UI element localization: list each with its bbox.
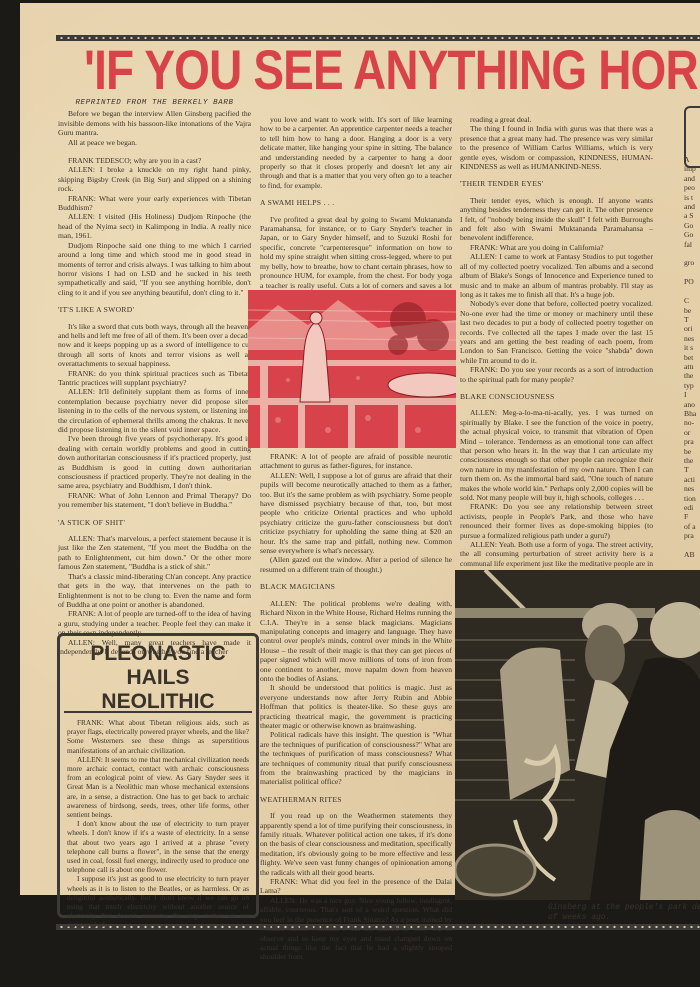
paragraph: FRANK: What were your early experiences … <box>58 194 251 213</box>
paragraph: FRANK: What did you feel in the presence… <box>260 877 452 896</box>
caption-line: Ginsberg at the people's park de <box>548 903 700 913</box>
headline: 'IF YOU SEE ANYTHING HORRIBLE <box>84 40 700 100</box>
sidebar-title: PLEONASTIC HAILS NEOLITHIC <box>64 636 252 713</box>
paragraph: FRANK: What of John Lennon and Primal Th… <box>58 491 251 510</box>
sidebar-box-pleonastic: PLEONASTIC HAILS NEOLITHIC FRANK: What a… <box>57 633 259 918</box>
right-edge-line: a S <box>684 211 700 220</box>
reprint-credit: REPRINTED FROM THE BERKELY BARB <box>58 99 251 108</box>
right-edge-line: Go <box>684 230 700 239</box>
intro-text: Before we began the interview Allen Gins… <box>58 109 251 147</box>
paragraph: It should be understood that politics is… <box>260 683 452 730</box>
paragraph: (Allen gazed out the window. After a per… <box>260 555 452 574</box>
paragraph: FRANK TEDESCO; why are you in a cast? <box>58 156 251 165</box>
right-edge-line: pra <box>684 437 700 446</box>
right-edge-line: Go <box>684 221 700 230</box>
right-edge-line: Bha <box>684 409 700 418</box>
right-edge-line: and <box>684 202 700 211</box>
right-edge-line: T <box>684 315 700 324</box>
subhead-weatherman: WEATHERMAN RITES <box>260 795 452 804</box>
right-edge-line: ori <box>684 324 700 333</box>
blake-section: ALLEN: Meg-a-lo-ma-ni-acally, yes. I was… <box>460 408 653 596</box>
right-edge-line: bet <box>684 353 700 362</box>
paragraph: FRANK: What about Tibetan religious aids… <box>67 718 249 755</box>
right-edge-line: or <box>684 428 700 437</box>
photo-ginsberg <box>455 570 700 900</box>
paragraph: I've been through five years of psychoth… <box>58 434 251 490</box>
sidebar-body: FRANK: What about Tibetan religious aids… <box>60 713 256 935</box>
right-edge-line: tion <box>684 494 700 503</box>
right-edge-line <box>684 268 700 277</box>
paragraph: ALLEN: Meg-a-lo-ma-ni-acally, yes. I was… <box>460 408 653 502</box>
swami-section: I've profited a great deal by going to S… <box>260 215 452 300</box>
right-edge-line <box>684 249 700 258</box>
paragraph: All at peace we began. <box>58 138 251 147</box>
right-edge-line: I <box>684 390 700 399</box>
paragraph: I don't know about the use of electricit… <box>67 819 249 874</box>
paragraph: If you read up on the Weathermen stateme… <box>260 811 452 877</box>
right-edge-line: gro <box>684 258 700 267</box>
column-2-bottom: FRANK: A lot of people are afraid of pos… <box>260 452 452 962</box>
right-edge-line: and <box>684 174 700 183</box>
right-edge-line: fal <box>684 240 700 249</box>
paragraph: It's like a sword that cuts both ways, t… <box>58 322 251 369</box>
right-edge-line: pra <box>684 531 700 540</box>
carpenter-text: you love and want to work with. It's sor… <box>260 115 452 190</box>
guru-father-text: FRANK: A lot of people are afraid of pos… <box>260 452 452 574</box>
paragraph: FRANK: What are you doing in California? <box>460 243 653 252</box>
right-edge-line: nes <box>684 484 700 493</box>
column-3: reading a great deal.The thing I found i… <box>460 115 653 597</box>
presence-text: reading a great deal.The thing I found i… <box>460 115 653 171</box>
paragraph: Political radicals have this insight. Th… <box>260 730 452 786</box>
paragraph: ALLEN: Well, I suppose a lot of gurus ar… <box>260 471 452 556</box>
paragraph: ALLEN: He was a nice guy. Nice young fel… <box>260 896 452 962</box>
paragraph: FRANK: Do you see your records as a sort… <box>460 365 653 384</box>
subhead-blake: BLAKE CONSCIOUSNESS <box>460 392 653 401</box>
subhead-stick: 'A STICK OF SHIT' <box>58 518 251 527</box>
paragraph: ALLEN: I broke a knuckle on my right han… <box>58 165 251 193</box>
caption-line: of weeks ago. <box>548 913 700 923</box>
right-edge-line: peo <box>684 183 700 192</box>
right-edge-line: is t <box>684 193 700 202</box>
subhead-tender-eyes: 'THEIR TENDER EYES' <box>460 179 653 188</box>
woodcut-garden-image <box>248 290 456 448</box>
paragraph: Dudjom Rinpoche said one thing to me whi… <box>58 241 251 297</box>
sidebar-title-line: NEOLITHIC <box>64 690 252 714</box>
paragraph: reading a great deal. <box>460 115 653 124</box>
right-edge-line: the <box>684 456 700 465</box>
column-2-top: you love and want to work with. It's sor… <box>260 115 452 299</box>
paragraph: ALLEN: It seems to me that mechanical ci… <box>67 755 249 819</box>
paragraph: The thing I found in India with gurus wa… <box>460 124 653 171</box>
subhead-sword: 'IT'S LIKE A SWORD' <box>58 305 251 314</box>
paragraph: ALLEN: The political problems we're deal… <box>260 599 452 684</box>
right-edge-line: T <box>684 465 700 474</box>
right-edge-line: of a <box>684 522 700 531</box>
right-edge-line <box>684 559 700 568</box>
right-edge-line: the <box>684 371 700 380</box>
right-edge-line <box>684 541 700 550</box>
right-edge-line: AB <box>684 550 700 559</box>
right-edge-line: be <box>684 447 700 456</box>
paragraph: I suppose it's just as good to use elect… <box>67 874 249 929</box>
paragraph: FRANK: A lot of people are afraid of pos… <box>260 452 452 471</box>
black-magicians-section: ALLEN: The political problems we're deal… <box>260 599 452 787</box>
right-edge-line: attı <box>684 362 700 371</box>
paragraph: Nobody's ever done that before, collecte… <box>460 299 653 365</box>
sidebar-title-line: PLEONASTIC <box>64 642 252 666</box>
ginsberg-photo-image <box>455 570 700 900</box>
paragraph: That's a classic mind-liberating Ch'an c… <box>58 572 251 610</box>
right-edge-line: acti <box>684 475 700 484</box>
right-edge-line <box>684 287 700 296</box>
paragraph: Before we began the interview Allen Gins… <box>58 109 251 137</box>
paragraph: ALLEN: I came to work at Fantasy Studios… <box>460 252 653 299</box>
subhead-black-magicians: BLACK MAGICIANS <box>260 582 452 591</box>
right-edge-line: it s <box>684 343 700 352</box>
woodcut-illustration <box>248 290 456 448</box>
paragraph: Their tender eyes, which is enough. If a… <box>460 196 653 243</box>
paragraph: ALLEN: It'll definitely supplant them as… <box>58 387 251 434</box>
sidebar-title-line: HAILS <box>64 666 252 690</box>
tender-eyes-section: Their tender eyes, which is enough. If a… <box>460 196 653 384</box>
right-edge-line: nes <box>684 334 700 343</box>
qa-text: FRANK TEDESCO; why are you in a cast?ALL… <box>58 156 251 297</box>
paragraph: ALLEN: I visited (His Holiness) Dudjom R… <box>58 212 251 240</box>
right-edge-line: no- <box>684 418 700 427</box>
paragraph: you love and want to work with. It's sor… <box>260 115 452 190</box>
sword-section: It's like a sword that cuts both ways, t… <box>58 322 251 510</box>
photo-caption: Ginsberg at the people's park de of week… <box>548 903 700 923</box>
paragraph: FRANK: Do you see any relationship betwe… <box>460 502 653 540</box>
right-edge-line: imp <box>684 164 700 173</box>
right-edge-line: C <box>684 296 700 305</box>
subhead-swami: A SWAMI HELPS . . . <box>260 198 452 207</box>
right-edge-line: typ <box>684 381 700 390</box>
weatherman-section: If you read up on the Weathermen stateme… <box>260 811 452 962</box>
column-1: REPRINTED FROM THE BERKELY BARB Before w… <box>58 99 251 656</box>
right-edge-line: be <box>684 306 700 315</box>
paragraph: ALLEN: That's marvelous, a perfect state… <box>58 534 251 572</box>
right-edge-line: PO <box>684 277 700 286</box>
paragraph: FRANK: do you think spiritual practices … <box>58 369 251 388</box>
paragraph: I've profited a great deal by going to S… <box>260 215 452 300</box>
right-edge-line: edi <box>684 503 700 512</box>
right-edge-line: F <box>684 512 700 521</box>
right-edge-line: ano <box>684 400 700 409</box>
right-edge-line: A <box>684 155 700 164</box>
